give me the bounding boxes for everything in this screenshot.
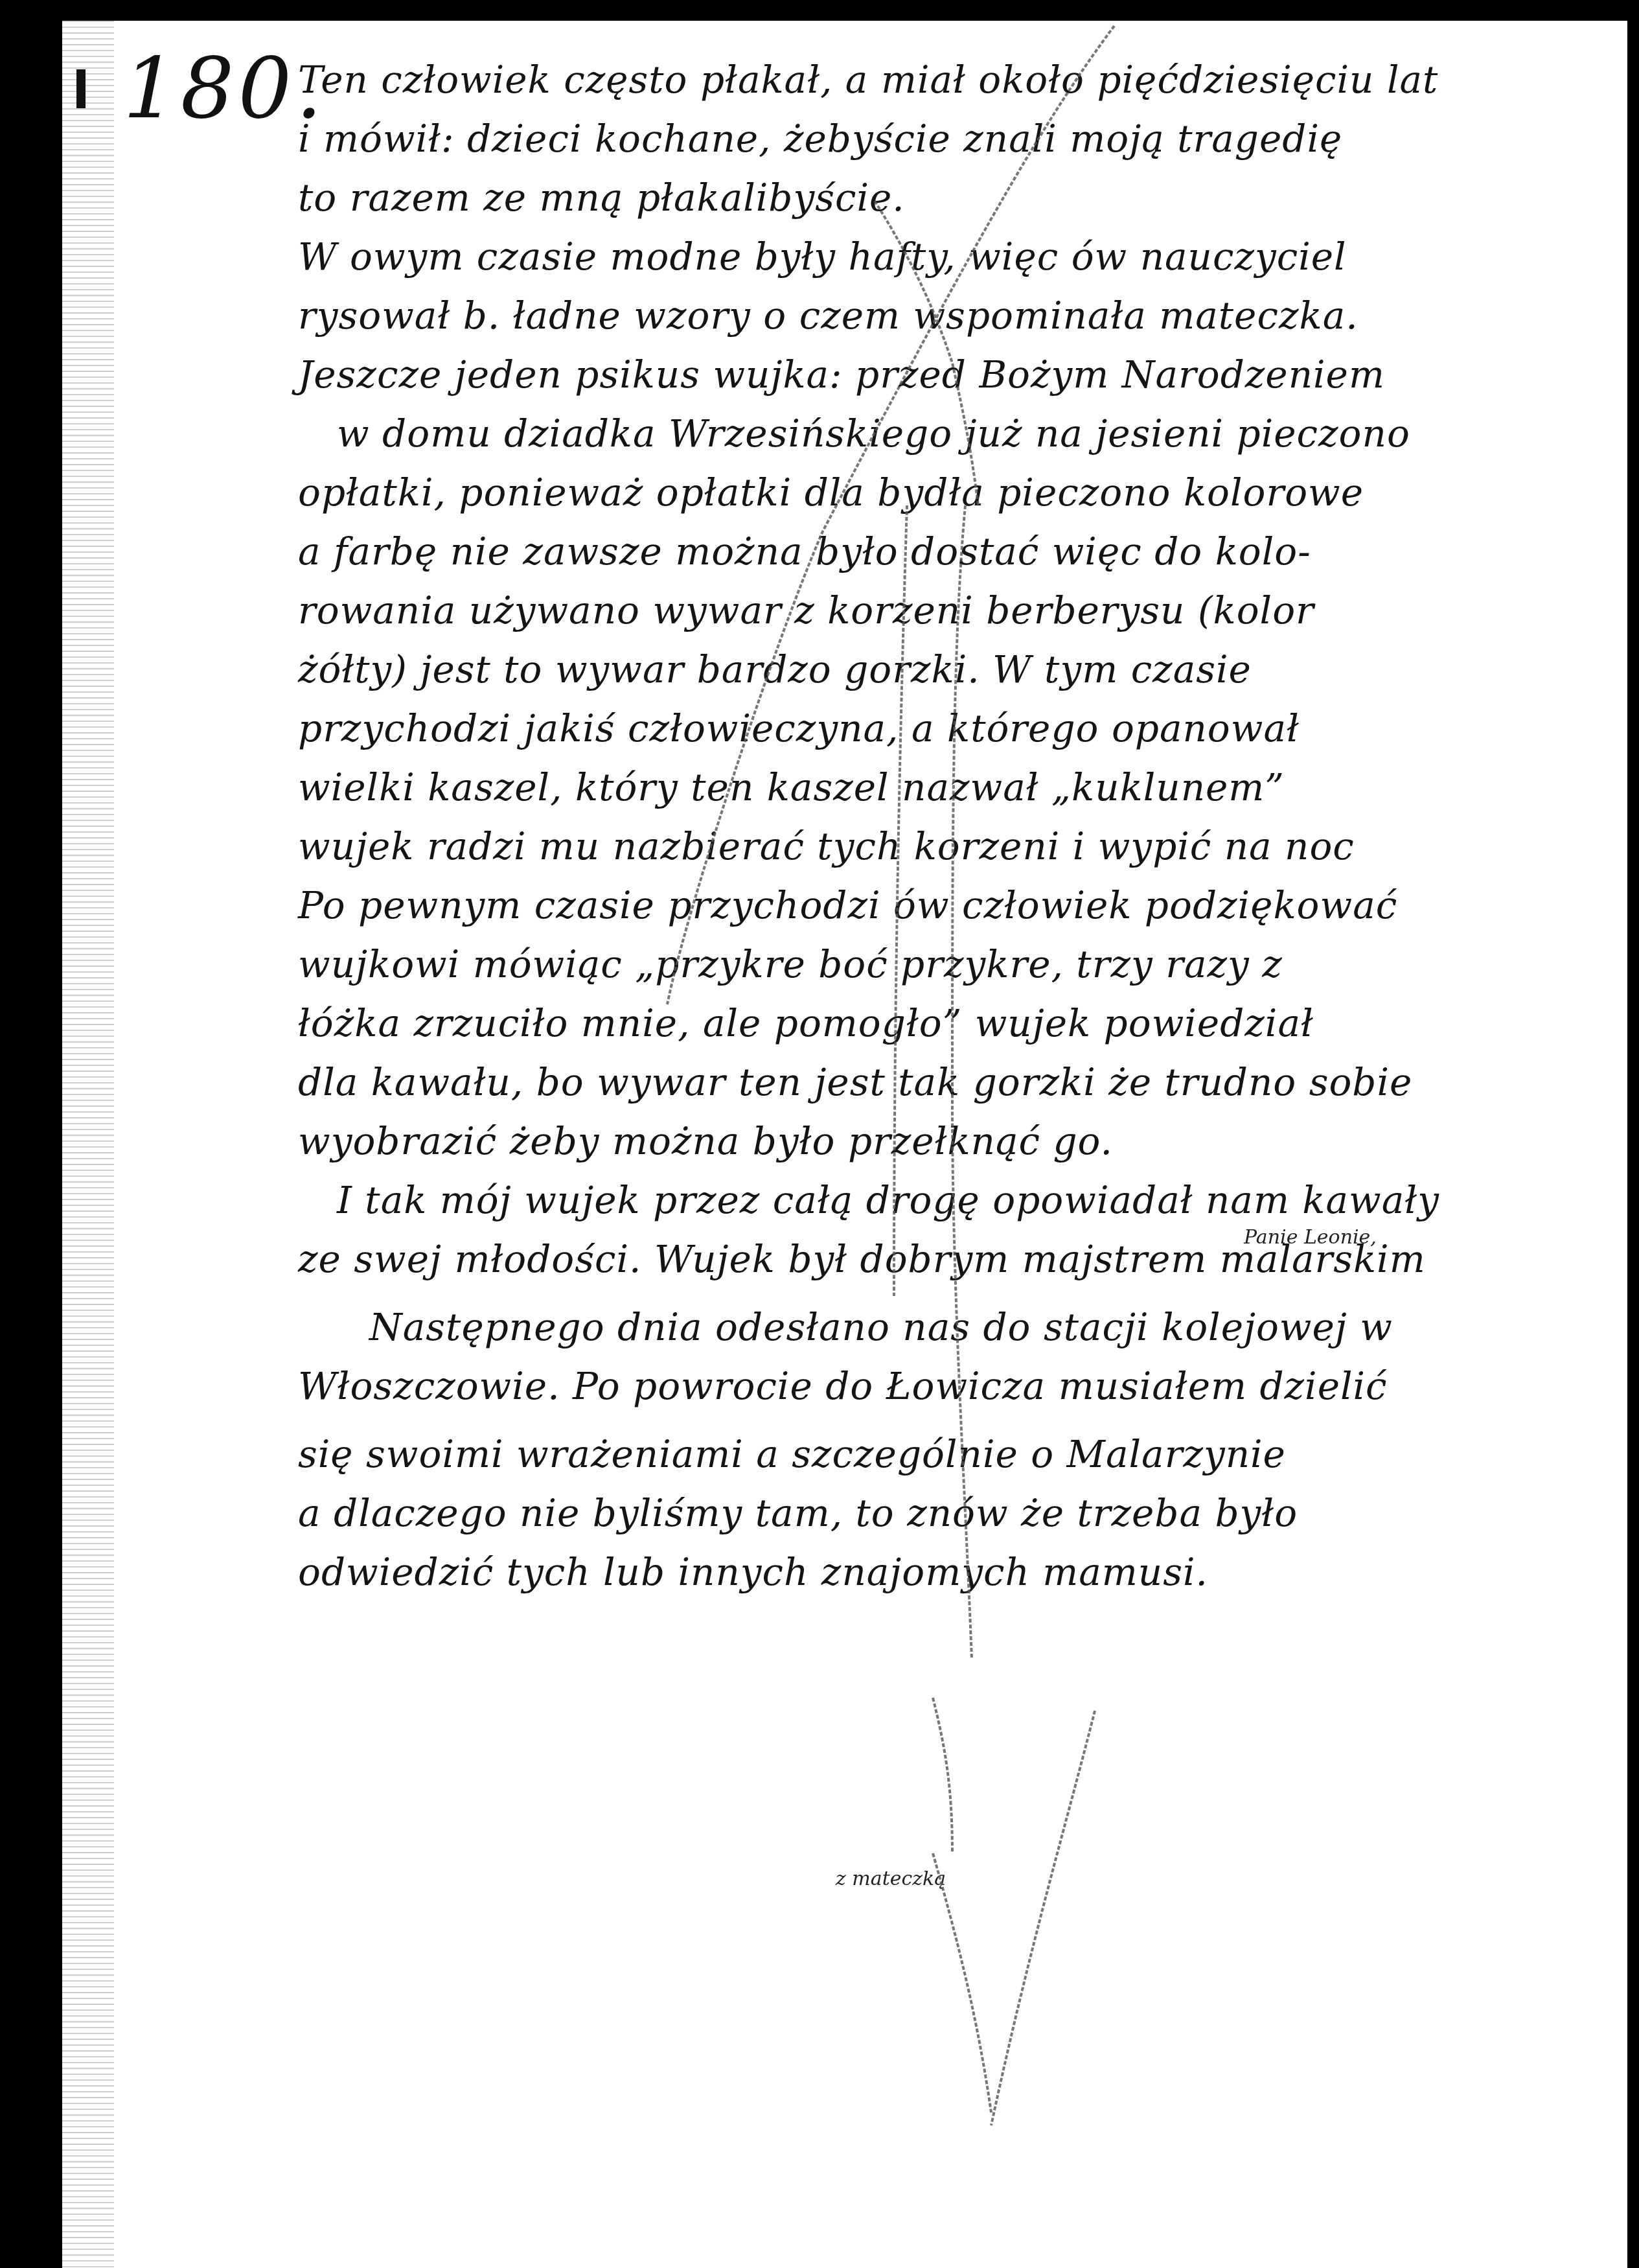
- text-line: przychodzi jakiś człowieczyna, a którego…: [298, 699, 1555, 758]
- text-line: wielki kaszel, który ten kaszel nazwał „…: [298, 758, 1555, 817]
- text-line: rysował b. ładne wzory o czem wspominała…: [298, 286, 1555, 345]
- text-line: opłatki, ponieważ opłatki dla bydła piec…: [298, 463, 1555, 522]
- text-line: żółty) jest to wywar bardzo gorzki. W ty…: [298, 640, 1555, 699]
- text-line: łóżka zrzuciło mnie, ale pomogło” wujek …: [298, 994, 1555, 1053]
- text-line: wujkowi mówiąc „przykre boć przykre, trz…: [298, 935, 1555, 994]
- text-line: wyobrazić żeby można było przełknąć go.: [298, 1112, 1555, 1171]
- text-line: Włoszczowie. Po powrocie do Łowicza musi…: [298, 1357, 1555, 1416]
- text-line: Następnego dnia odesłano nas do stacji k…: [298, 1298, 1555, 1357]
- text-line: to razem ze mną płakalibyście.: [298, 168, 1555, 227]
- text-line: a dlaczego nie byliśmy tam, to znów że t…: [298, 1484, 1555, 1543]
- text-line: w domu dziadka Wrzesińskiego już na jesi…: [298, 404, 1555, 463]
- text-line: wujek radzi mu nazbierać tych korzeni i …: [298, 817, 1555, 876]
- handwritten-text-block: Ten człowiek często płakał, a miał około…: [298, 51, 1555, 1602]
- interlinear-annotation: z mateczką: [836, 1868, 946, 1890]
- text-line: się swoimi wrażeniami a szczególnie o Ma…: [298, 1425, 1555, 1484]
- text-line: Po pewnym czasie przychodzi ów człowiek …: [298, 876, 1555, 935]
- right-scan-edge: [1627, 21, 1633, 2268]
- interlinear-annotation: Panie Leonie,: [1244, 1226, 1377, 1249]
- binding-mark: [76, 69, 86, 108]
- text-line: W owym czasie modne były hafty, więc ów …: [298, 227, 1555, 286]
- text-line: Ten człowiek często płakał, a miał około…: [298, 51, 1555, 110]
- text-line: i mówił: dzieci kochane, żebyście znali …: [298, 110, 1555, 168]
- text-line: a farbę nie zawsze można było dostać wię…: [298, 522, 1555, 581]
- text-line: I tak mój wujek przez całą drogę opowiad…: [298, 1171, 1555, 1230]
- scan-border-top: [0, 0, 1639, 21]
- page-number: 180.: [123, 39, 326, 137]
- text-line: Jeszcze jeden psikus wujka: przed Bożym …: [298, 345, 1555, 404]
- text-line: dla kawału, bo wywar ten jest tak gorzki…: [298, 1053, 1555, 1112]
- text-line: odwiedzić tych lub innych znajomych mamu…: [298, 1543, 1555, 1602]
- binding-strip: [62, 21, 114, 2268]
- text-line: rowania używano wywar z korzeni berberys…: [298, 581, 1555, 640]
